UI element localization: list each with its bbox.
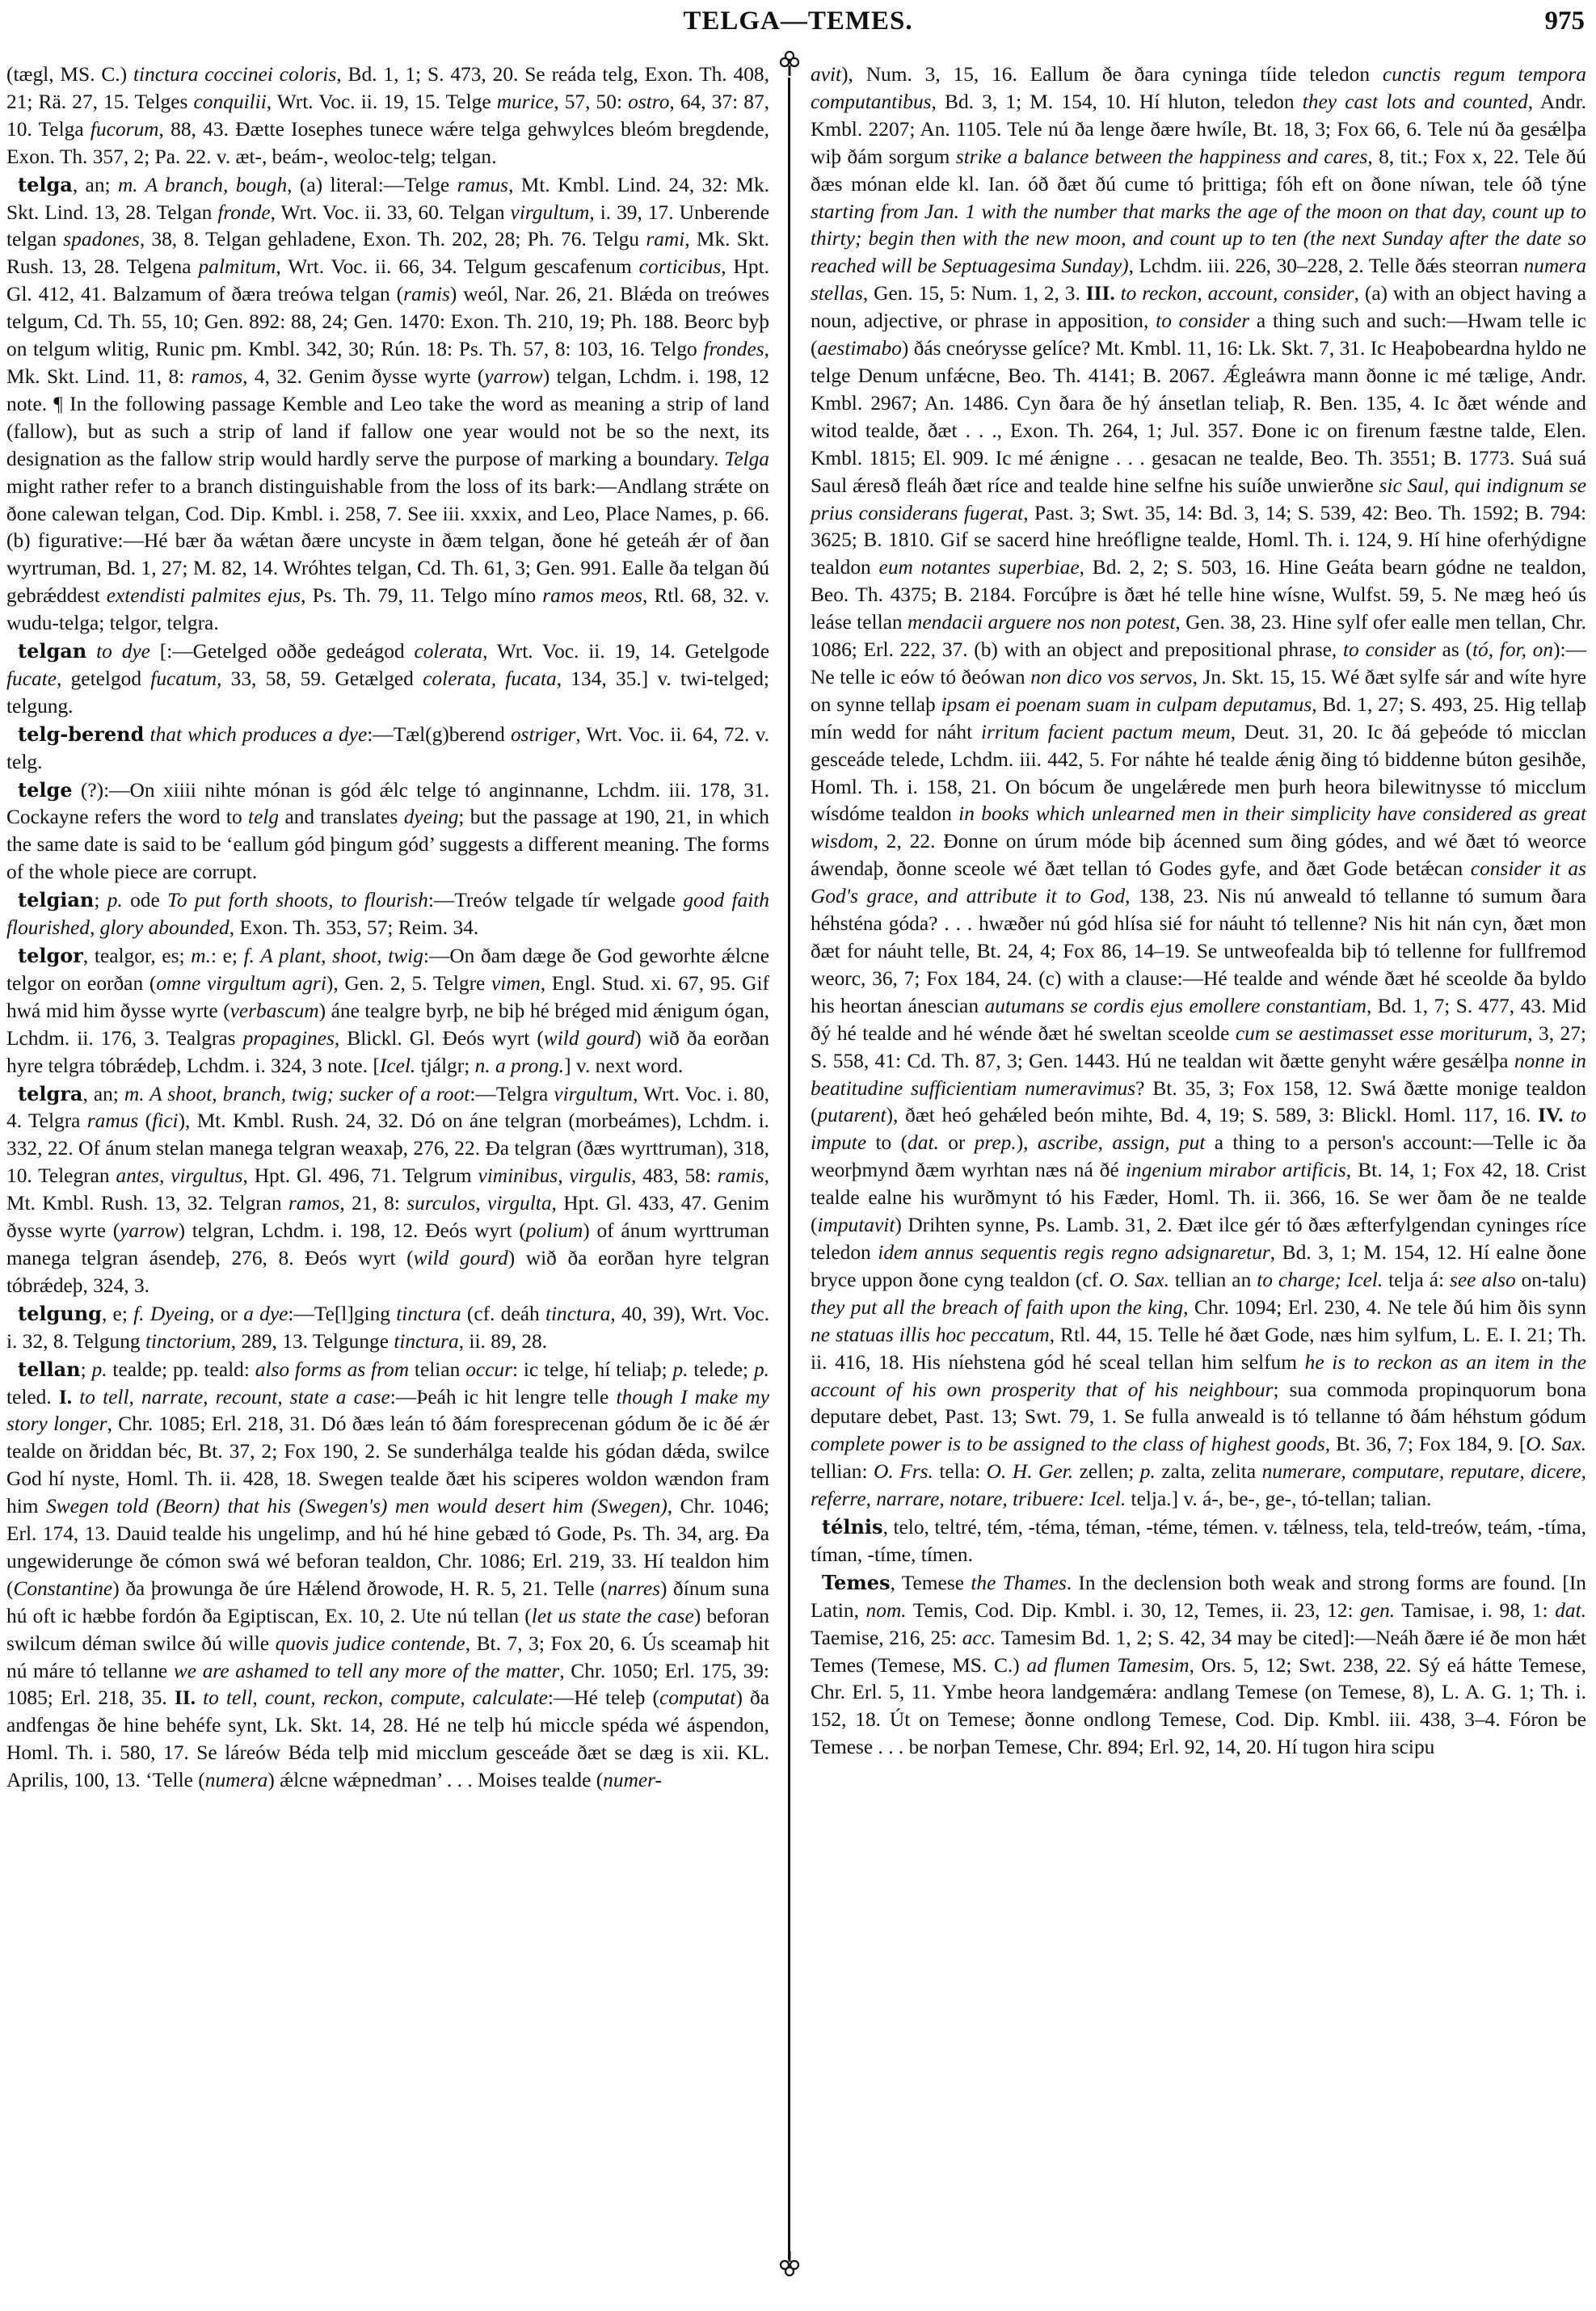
- entry-text: computat: [659, 1686, 736, 1709]
- entry-text: to charge; Icel.: [1257, 1269, 1383, 1291]
- entry-text: :—Tæl(g)berend: [367, 723, 511, 746]
- dictionary-entry: (tægl, MS. C.) tinctura coccinei coloris…: [6, 61, 769, 171]
- entry-text: omne virgultum agri: [156, 972, 326, 995]
- entry-text: , (a) literal:—Telge: [287, 174, 457, 196]
- entry-text: tó, for, on: [1472, 638, 1553, 661]
- entry-text: narres: [608, 1577, 660, 1600]
- entry-text: ad flumen Tamesim: [1026, 1654, 1189, 1677]
- entry-text: , Bt. 36, 7; Fox 184, 9. [: [1325, 1433, 1527, 1455]
- entry-text: ipsam ei poenam suam in culpam deputamus: [941, 693, 1312, 716]
- entry-text: fici: [152, 1109, 178, 1132]
- entry-text: as (: [1436, 638, 1472, 661]
- entry-text: :—Treów telgade tír welgade: [428, 889, 683, 911]
- entry-text: tjálgr;: [415, 1054, 474, 1077]
- entry-text: ostro: [628, 91, 669, 113]
- entry-text: corticibus: [639, 255, 722, 278]
- dictionary-entry: avit), Num. 3, 15, 16. Eallum ðe ðara cy…: [811, 61, 1586, 1513]
- entry-text: also forms as from: [255, 1358, 409, 1381]
- entry-text: non dico vos servos: [1030, 666, 1192, 688]
- dictionary-entry: telga, an; m. A branch, bough, (a) liter…: [6, 171, 769, 638]
- dictionary-entry: telg-berend that which produces a dye:—T…: [6, 721, 769, 777]
- entry-text: colerata: [414, 640, 482, 663]
- entry-text: to dye: [96, 640, 150, 663]
- entry-text: Temis, Cod. Dip. Kmbl. i. 30, 12, Temes,…: [907, 1599, 1361, 1622]
- entry-text: colerata, fucata: [423, 667, 557, 690]
- entry-text: a dye: [243, 1303, 288, 1325]
- entry-text: , 483, 58:: [631, 1164, 718, 1187]
- entry-text: they cast lots and counted: [1303, 91, 1528, 113]
- right-column: avit), Num. 3, 15, 16. Eallum ðe ðara cy…: [811, 61, 1586, 1762]
- entry-text: Swegen told (Beorn) that his (Swegen's) …: [46, 1495, 667, 1518]
- entry-text: gen.: [1360, 1599, 1395, 1622]
- entry-text: : ic telge, hí teliaþ;: [512, 1358, 673, 1381]
- entry-text: : e;: [211, 945, 244, 967]
- entry-text: quovis judice contende: [276, 1632, 465, 1655]
- entry-text: we are ashamed to tell any more of the m…: [174, 1660, 559, 1682]
- entry-text: [1115, 282, 1121, 305]
- entry-text: dat.: [907, 1131, 939, 1154]
- entry-text: [72, 1386, 79, 1408]
- entry-text: on-talu): [1516, 1269, 1586, 1291]
- entry-headword: telge: [18, 778, 73, 802]
- entry-text: telede;: [689, 1358, 754, 1381]
- entry-text: let us state the case: [532, 1605, 694, 1627]
- entry-text: tinctura coccinei coloris: [133, 63, 336, 86]
- entry-text: p.: [673, 1358, 689, 1381]
- entry-text: , 4, 32. Genim ðysse wyrte (: [242, 365, 484, 388]
- entry-text: [196, 1686, 203, 1709]
- entry-text: extendisti palmites ejus: [107, 584, 301, 607]
- entry-text: vimen: [491, 972, 541, 995]
- entry-text: p.: [92, 1358, 107, 1381]
- entry-text: ramos: [288, 1192, 340, 1214]
- entry-text: to consider: [1343, 638, 1436, 661]
- entry-text: , Blickl. Gl. Ðeós wyrt (: [335, 1027, 544, 1050]
- entry-text: teled.: [6, 1386, 59, 1408]
- dictionary-entry: telgian; p. ode To put forth shoots, to …: [6, 886, 769, 942]
- entry-headword: telg-berend: [18, 722, 144, 746]
- entry-text: f. Dyeing: [133, 1303, 209, 1325]
- entry-text: ramos: [192, 365, 243, 388]
- entry-text: prep.: [975, 1131, 1017, 1154]
- entry-text: viminibus, virgulis: [478, 1164, 631, 1187]
- entry-text: to tell, count, reckon, compute, calcula…: [203, 1686, 548, 1709]
- column-rule-ornament-top-icon: [777, 50, 802, 76]
- entry-text: mendacii arguere nos non potest: [907, 611, 1175, 634]
- entry-text: ] v. next word.: [564, 1054, 683, 1077]
- entry-text: :—Þeáh ic hit lengre telle: [390, 1386, 617, 1408]
- entry-text: wild gourd: [544, 1027, 635, 1050]
- entry-text: surculos, virgulta: [406, 1192, 551, 1214]
- dictionary-entry: telgra, an; m. A shoot, branch, twig; su…: [6, 1080, 769, 1300]
- entry-text: putarent: [817, 1104, 886, 1126]
- entry-text: p.: [107, 889, 123, 911]
- entry-text: fucatum: [150, 667, 217, 690]
- entry-text: avit: [811, 63, 841, 86]
- entry-text: [86, 640, 96, 663]
- entry-text: wild gourd: [414, 1247, 508, 1269]
- entry-text: [:—Getelged oððe gedeágod: [150, 640, 415, 663]
- entry-text: ), ðæt heó gehǽled beón mihte, Bd. 4, 19…: [886, 1104, 1539, 1126]
- entry-text: autumans se cordis ejus emollere constan…: [984, 995, 1366, 1017]
- entry-text: p.: [754, 1358, 769, 1381]
- entry-text: tinctura: [545, 1303, 610, 1325]
- entry-text: ramis: [403, 283, 450, 305]
- entry-text: Telga: [724, 448, 769, 470]
- dictionary-entry: Temes, Temese the Thames. In the declens…: [811, 1569, 1586, 1762]
- page-number: 975: [1545, 6, 1585, 36]
- entry-text: zellen;: [1073, 1460, 1140, 1483]
- entry-headword: telgan: [18, 639, 86, 663]
- entry-text: O. Frs.: [874, 1460, 933, 1483]
- entry-text: palmitum: [198, 255, 276, 278]
- entry-text: , tealgor, es;: [83, 945, 191, 967]
- entry-text: virgultum: [554, 1083, 633, 1105]
- entry-text: , an;: [73, 174, 118, 196]
- entry-text: numera: [205, 1769, 268, 1791]
- entry-text: Tamisae, i. 98, 1:: [1395, 1599, 1555, 1622]
- entry-text: the Thames: [971, 1572, 1066, 1594]
- entry-text: ramus: [87, 1109, 139, 1132]
- entry-text: propagines: [243, 1027, 335, 1050]
- column-rule-ornament-bottom-icon: [777, 2251, 802, 2277]
- entry-text: telja.] v. á-, be-, ge-, tó-tellan; tali…: [1126, 1488, 1431, 1510]
- entry-text: idem annus sequentis regis regno adsigna…: [878, 1241, 1270, 1264]
- entry-text: cum se aestimasset esse moriturum: [1236, 1022, 1527, 1045]
- dictionary-entry: telgor, tealgor, es; m.: e; f. A plant, …: [6, 942, 769, 1080]
- entry-text: Constantine: [13, 1577, 112, 1600]
- entry-text: tealde; pp. teald:: [107, 1358, 255, 1381]
- entry-text: tellian:: [811, 1460, 874, 1483]
- entry-text: O. H. Ger.: [987, 1460, 1073, 1483]
- entry-text: O. Sax.: [1526, 1433, 1586, 1455]
- entry-text: m. A shoot, branch, twig; sucker of a ro…: [124, 1083, 470, 1105]
- entry-text: verbascum: [230, 1000, 319, 1022]
- entry-text: , Wrt. Voc. ii. 66, 34. Telgum gescafenu…: [276, 255, 638, 278]
- entry-text: p.: [1140, 1460, 1156, 1483]
- entry-text: ode: [123, 889, 167, 911]
- entry-text: , Bd. 3, 1; M. 154, 10. Hí hluton, teled…: [932, 91, 1303, 113]
- entry-text: frondes: [703, 338, 764, 360]
- entry-text: telja á:: [1383, 1269, 1450, 1291]
- entry-text: ingenium mirabor artificis: [1126, 1159, 1346, 1181]
- entry-text: conquilii: [194, 91, 267, 113]
- dictionary-entry: telge (?):—On xiiii nihte mónan is gód ǽ…: [6, 777, 769, 887]
- entry-text: zalta, zelita: [1156, 1460, 1262, 1483]
- entry-text: fucate: [6, 667, 57, 690]
- entry-text: acc.: [962, 1627, 996, 1649]
- dictionary-entry: télnis, telo, teltré, tém, -téma, téman,…: [811, 1513, 1586, 1569]
- entry-text: and translates: [279, 806, 404, 828]
- column-divider-rule: [788, 78, 790, 2259]
- entry-text: n. a prong.: [475, 1054, 565, 1077]
- entry-text: aestimabo: [817, 337, 901, 360]
- entry-text: ) telgran, Lchdm. i. 198, 12. Ðeós wyrt …: [179, 1219, 526, 1242]
- entry-text: that which produces a dye: [150, 723, 368, 746]
- entry-text: tinctura: [394, 1330, 458, 1353]
- entry-text: ),: [1017, 1131, 1038, 1154]
- entry-text: (: [138, 1109, 152, 1132]
- entry-text: m.: [191, 945, 211, 967]
- entry-text: rami: [646, 228, 684, 250]
- entry-text: ascribe, assign, put: [1038, 1131, 1206, 1154]
- entry-text: m. A branch, bough: [118, 174, 287, 196]
- entry-text: irritum facient pactum meum: [981, 721, 1231, 743]
- entry-text: IV.: [1538, 1104, 1563, 1126]
- entry-text: to (: [866, 1131, 907, 1154]
- entry-text: , 33, 58, 59. Getælged: [217, 667, 423, 690]
- entry-text: murice: [497, 91, 554, 113]
- entry-text: ;: [94, 889, 107, 911]
- entry-text: yarrow: [484, 365, 542, 388]
- entry-text: eum notantes superbiae: [879, 556, 1080, 579]
- entry-text: to consider: [1156, 309, 1249, 332]
- entry-text: ostriger: [511, 723, 575, 746]
- entry-text: tinctorium: [145, 1330, 231, 1353]
- entry-text: , an;: [82, 1083, 124, 1105]
- entry-headword: telgor: [18, 944, 83, 967]
- entry-text: To put forth shoots, to flourish: [167, 889, 428, 911]
- entry-text: :—Te[l]ging: [288, 1303, 396, 1325]
- entry-text: to reckon, account, consider: [1121, 282, 1354, 305]
- entry-text: , Temese: [891, 1572, 971, 1594]
- entry-headword: télnis: [822, 1515, 883, 1539]
- entry-text: virgultum: [511, 201, 590, 224]
- entry-text: (cf. deáh: [461, 1303, 545, 1325]
- entry-text: , getelgod: [57, 667, 150, 690]
- entry-text: ramos meos: [542, 584, 642, 607]
- entry-text: dat.: [1555, 1599, 1586, 1622]
- entry-text: , e;: [102, 1303, 133, 1325]
- entry-text: ) ðás cneórysse gelíce? Mt. Kmbl. 11, 16…: [811, 337, 1586, 497]
- entry-text: , Wrt. Voc. ii. 19, 14. Getelgode: [482, 640, 769, 663]
- entry-text: ramis: [718, 1164, 764, 1187]
- dictionary-entry: telgan to dye [:—Getelged oððe gedeágod …: [6, 638, 769, 721]
- entry-text: , 38, 8. Telgan gehladene, Exon. Th. 202…: [140, 228, 646, 250]
- entry-text: , or: [209, 1303, 243, 1325]
- entry-text: , Hpt. Gl. 496, 71. Telgrum: [243, 1164, 478, 1187]
- entry-headword: telgung: [18, 1302, 102, 1325]
- entry-text: see also: [1450, 1269, 1516, 1291]
- entry-text: [144, 723, 149, 746]
- running-title: TELGA—TEMES.: [0, 6, 1596, 36]
- entry-text: nom.: [866, 1599, 907, 1622]
- entry-text: O. Sax.: [1109, 1269, 1169, 1291]
- entry-text: , 289, 13. Telgunge: [231, 1330, 394, 1353]
- entry-text: fucorum: [91, 118, 159, 141]
- dictionary-entry: telgung, e; f. Dyeing, or a dye:—Te[l]gi…: [6, 1300, 769, 1356]
- entry-text: or: [939, 1131, 975, 1154]
- entry-text: ;: [81, 1358, 92, 1381]
- entry-text: telg: [248, 806, 279, 828]
- entry-text: dyeing: [404, 806, 459, 828]
- entry-text: tellian an: [1169, 1269, 1257, 1291]
- entry-text: yarrow: [120, 1219, 178, 1242]
- entry-text: ), Num. 3, 15, 16. Eallum ðe ðara cyning…: [841, 63, 1383, 86]
- entry-text: ) ða þrowunga ðe úre Hǽlend ðrowode, H. …: [112, 1577, 607, 1600]
- entry-text: :—Hé teleþ (: [548, 1686, 659, 1709]
- dictionary-page: TELGA—TEMES. 975 (tægl, MS. C.) tinctura…: [0, 0, 1596, 2311]
- entry-text: strike a balance between the happiness a…: [956, 145, 1368, 168]
- entry-text: telian: [409, 1358, 465, 1381]
- entry-text: , Gen. 15, 5: Num. 1, 2, 3.: [863, 282, 1086, 305]
- entry-text: , Ps. Th. 79, 11. Telgo míno: [301, 584, 542, 607]
- entry-text: numer-: [603, 1769, 662, 1791]
- entry-headword: telga: [18, 173, 73, 196]
- entry-text: , ii. 89, 28.: [459, 1330, 547, 1353]
- entry-headword: tellan: [18, 1358, 81, 1381]
- entry-text: occur: [465, 1358, 512, 1381]
- entry-text: fronde: [217, 201, 270, 224]
- entry-text: ne statuas illis hoc peccatum: [811, 1324, 1050, 1346]
- entry-headword: Temes: [822, 1571, 891, 1594]
- entry-text: , Wrt. Voc. ii. 19, 15. Telge: [267, 91, 497, 113]
- entry-text: they put all the breach of faith upon th…: [811, 1296, 1183, 1319]
- entry-headword: telgian: [18, 888, 94, 911]
- entry-text: spadones: [63, 228, 140, 250]
- entry-text: , Wrt. Voc. ii. 33, 60. Telgan: [271, 201, 511, 224]
- entry-text: II.: [175, 1686, 196, 1709]
- entry-text: , 57, 50:: [554, 91, 628, 113]
- entry-text: :—Telgra: [470, 1083, 554, 1105]
- left-column: (tægl, MS. C.) tinctura coccinei coloris…: [6, 61, 769, 1795]
- entry-text: tella:: [933, 1460, 987, 1483]
- entry-text: f. A plant, shoot, twig: [244, 945, 423, 967]
- entry-text: polium: [526, 1219, 583, 1242]
- running-head: TELGA—TEMES. 975: [0, 6, 1596, 39]
- entry-text: complete power is to be assigned to the …: [811, 1433, 1325, 1455]
- entry-text: , Chr. 1094; Erl. 230, 4. Ne tele ðú him…: [1183, 1296, 1586, 1319]
- entry-text: , Lchdm. iii. 226, 30–228, 2. Telle ðǽs …: [1129, 255, 1524, 277]
- entry-text: ) ǽlcne wǽpnedman’ . . . Moises tealde (: [267, 1769, 603, 1791]
- dictionary-entry: tellan; p. tealde; pp. teald: also forms…: [6, 1356, 769, 1795]
- entry-text: antes, virgultus: [116, 1164, 242, 1187]
- entry-text: Icel.: [380, 1054, 415, 1077]
- entry-text: , Exon. Th. 353, 57; Reim. 34.: [230, 916, 478, 939]
- entry-text: tinctura: [396, 1303, 461, 1325]
- entry-text: (tægl, MS. C.): [6, 63, 133, 86]
- entry-text: Taemise, 216, 25:: [811, 1627, 962, 1649]
- entry-text: III.: [1086, 282, 1115, 305]
- entry-text: ), Gen. 2, 5. Telgre: [326, 972, 491, 995]
- entry-text: , 21, 8:: [339, 1192, 406, 1214]
- entry-text: , telo, teltré, tém, -téma, téman, -téme…: [811, 1516, 1586, 1566]
- entry-headword: telgra: [18, 1082, 82, 1105]
- entry-text: to tell, narrate, recount, state a case: [79, 1386, 390, 1408]
- entry-text: [1563, 1104, 1570, 1126]
- entry-text: imputavit: [817, 1214, 895, 1236]
- entry-text: ramus: [457, 174, 509, 196]
- entry-text: I.: [59, 1386, 72, 1408]
